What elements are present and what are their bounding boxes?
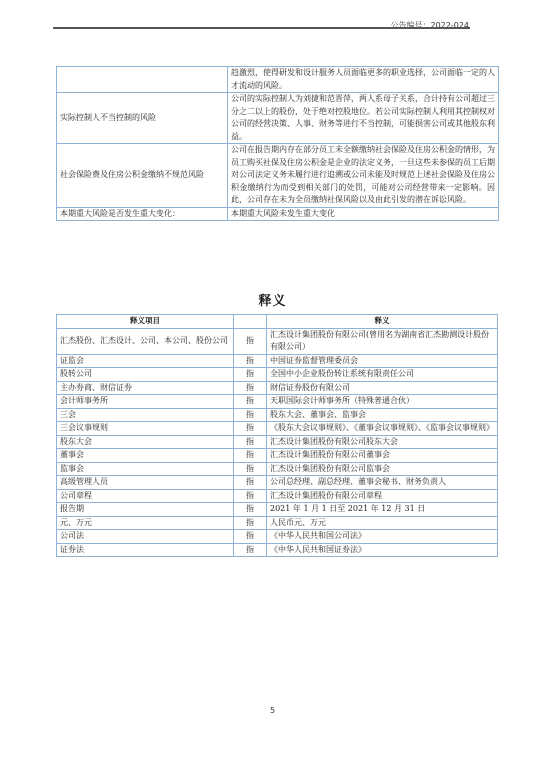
term: 汇杰股份、汇杰设计、公司、本公司、股份公司: [57, 328, 234, 354]
table-row: 汇杰股份、汇杰设计、公司、本公司、股份公司指汇杰设计集团股份有限公司(曾用名为湖…: [57, 328, 498, 354]
refers-to: 指: [234, 449, 267, 463]
table-row: 三会议事规则指《股东大会议事规则》、《董事会议事规则》、《监事会议事规则》: [57, 422, 498, 436]
refers-to: 指: [234, 408, 267, 422]
refers-to: 指: [234, 476, 267, 490]
meaning: 股东大会、董事会、监事会: [267, 408, 498, 422]
meaning: 《股东大会议事规则》、《董事会议事规则》、《监事会议事规则》: [267, 422, 498, 436]
table-row: 公司法指《中华人民共和国公司法》: [57, 530, 498, 544]
table-row: 本期重大风险是否发生重大变化： 本期重大风险未发生重大变化: [57, 207, 499, 221]
refers-to: 指: [234, 489, 267, 503]
table-header-row: 释义项目 释义: [57, 315, 498, 329]
definitions-table: 释义项目 释义 汇杰股份、汇杰设计、公司、本公司、股份公司指汇杰设计集团股份有限…: [56, 314, 498, 557]
meaning: 2021 年 1 月 1 日至 2021 年 12 月 31 日: [267, 503, 498, 517]
column-header-zhi: [234, 315, 267, 329]
table-row: 股东大会指汇杰设计集团股份有限公司股东大会: [57, 435, 498, 449]
risk-name: 实际控制人不当控制的风险: [57, 93, 228, 144]
refers-to: 指: [234, 354, 267, 368]
table-row: 元、万元指人民币元、万元: [57, 516, 498, 530]
risk-name: 本期重大风险是否发生重大变化：: [57, 207, 228, 221]
refers-to: 指: [234, 530, 267, 544]
meaning: 人民币元、万元: [267, 516, 498, 530]
risk-description: 本期重大风险未发生重大变化: [228, 207, 499, 221]
table-row: 报告期指2021 年 1 月 1 日至 2021 年 12 月 31 日: [57, 503, 498, 517]
column-header-meaning: 释义: [267, 315, 498, 329]
section-title: 释义: [0, 290, 545, 309]
refers-to: 指: [234, 543, 267, 557]
term: 股东大会: [57, 435, 234, 449]
meaning: 汇杰设计集团股份有限公司股东大会: [267, 435, 498, 449]
refers-to: 指: [234, 435, 267, 449]
term: 公司章程: [57, 489, 234, 503]
table-row: 趋激烈，使得研发和设计服务人员面临更多的职业选择，公司面临一定的人才流动的风险。: [57, 67, 499, 93]
meaning: 汇杰设计集团股份有限公司董事会: [267, 449, 498, 463]
table-row: 股转公司指全国中小企业股份转让系统有限责任公司: [57, 368, 498, 382]
risk-name: 社会保险费及住房公积金缴纳不规范风险: [57, 144, 228, 208]
announcement-number: 公告编号：2022-024: [390, 20, 469, 31]
meaning: 汇杰设计集团股份有限公司章程: [267, 489, 498, 503]
table-row: 证券法指《中华人民共和国证券法》: [57, 543, 498, 557]
meaning: 公司总经理、副总经理、董事会秘书、财务负责人: [267, 476, 498, 490]
term: 证券法: [57, 543, 234, 557]
risk-description: 趋激烈，使得研发和设计服务人员面临更多的职业选择，公司面临一定的人才流动的风险。: [228, 67, 499, 93]
risk-name: [57, 67, 228, 93]
term: 元、万元: [57, 516, 234, 530]
table-row: 主办券商、财信证券指财信证券股份有限公司: [57, 381, 498, 395]
meaning: 天职国际会计师事务所（特殊普通合伙）: [267, 395, 498, 409]
table-row: 监事会指汇杰设计集团股份有限公司监事会: [57, 462, 498, 476]
term: 高级管理人员: [57, 476, 234, 490]
term: 报告期: [57, 503, 234, 517]
risk-table: 趋激烈，使得研发和设计服务人员面临更多的职业选择，公司面临一定的人才流动的风险。…: [56, 66, 499, 221]
refers-to: 指: [234, 368, 267, 382]
meaning: 《中华人民共和国证券法》: [267, 543, 498, 557]
table-row: 会计师事务所指天职国际会计师事务所（特殊普通合伙）: [57, 395, 498, 409]
term: 董事会: [57, 449, 234, 463]
table-row: 公司章程指汇杰设计集团股份有限公司章程: [57, 489, 498, 503]
risk-description: 公司在报告期内存在部分员工未全额缴纳社会保险及住房公积金的情形，为员工购买社保及…: [228, 144, 499, 208]
meaning: 汇杰设计集团股份有限公司(曾用名为湖南省汇杰勘测设计股份有限公司）: [267, 328, 498, 354]
table-row: 证监会指中国证券监督管理委员会: [57, 354, 498, 368]
table-row: 社会保险费及住房公积金缴纳不规范风险 公司在报告期内存在部分员工未全额缴纳社会保…: [57, 144, 499, 208]
table-row: 高级管理人员指公司总经理、副总经理、董事会秘书、财务负责人: [57, 476, 498, 490]
refers-to: 指: [234, 516, 267, 530]
table-row: 实际控制人不当控制的风险 公司的实际控制人为刘捷和范晋萍，两人系母子关系，合计持…: [57, 93, 499, 144]
meaning: 汇杰设计集团股份有限公司监事会: [267, 462, 498, 476]
term: 监事会: [57, 462, 234, 476]
refers-to: 指: [234, 381, 267, 395]
refers-to: 指: [234, 462, 267, 476]
term: 股转公司: [57, 368, 234, 382]
table-row: 董事会指汇杰设计集团股份有限公司董事会: [57, 449, 498, 463]
term: 证监会: [57, 354, 234, 368]
meaning: 财信证券股份有限公司: [267, 381, 498, 395]
refers-to: 指: [234, 422, 267, 436]
term: 三会议事规则: [57, 422, 234, 436]
meaning: 中国证券监督管理委员会: [267, 354, 498, 368]
column-header-term: 释义项目: [57, 315, 234, 329]
refers-to: 指: [234, 395, 267, 409]
header-rule: [53, 27, 470, 29]
refers-to: 指: [234, 328, 267, 354]
term: 三会: [57, 408, 234, 422]
term: 会计师事务所: [57, 395, 234, 409]
meaning: 《中华人民共和国公司法》: [267, 530, 498, 544]
meaning: 全国中小企业股份转让系统有限责任公司: [267, 368, 498, 382]
term: 公司法: [57, 530, 234, 544]
term: 主办券商、财信证券: [57, 381, 234, 395]
table-row: 三会指股东大会、董事会、监事会: [57, 408, 498, 422]
risk-description: 公司的实际控制人为刘捷和范晋萍，两人系母子关系，合计持有公司超过三分之二以上的股…: [228, 93, 499, 144]
refers-to: 指: [234, 503, 267, 517]
page-number: 5: [0, 706, 545, 715]
